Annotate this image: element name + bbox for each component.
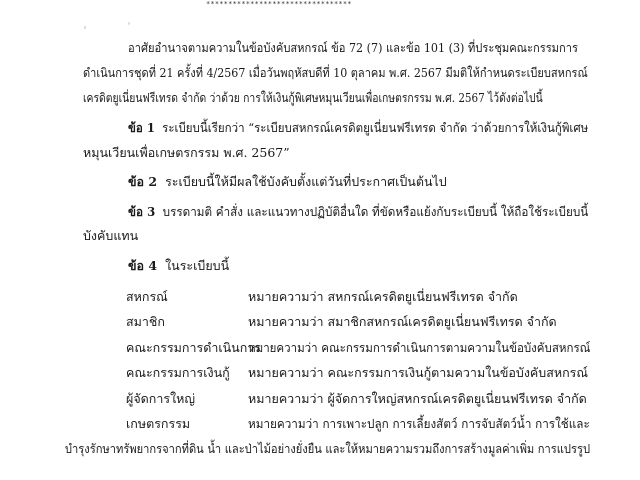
definition-term: คณะกรรมการดำเนินการ [126, 340, 261, 356]
preamble-line-2: ดำเนินการชุดที่ 21 ครั้งที่ 4/2567 เมื่อ… [83, 65, 588, 81]
definition-term: ผู้จัดการใหญ่ [126, 391, 195, 407]
clause-2: ข้อ 2 ระเบียบนี้ให้มีผลใช้บังคับตั้งแต่ว… [128, 174, 447, 190]
scan-artifact [84, 26, 86, 29]
scan-artifact [127, 22, 130, 26]
clause-text: ระเบียบนี้ให้มีผลใช้บังคับตั้งแต่วันที่ป… [165, 174, 447, 189]
clause-text: ระเบียบนี้เรียกว่า “ระเบียบสหกรณ์เครดิตย… [162, 120, 588, 135]
definition-term: สมาชิก [126, 314, 165, 330]
clause-label: ข้อ 2 [128, 174, 157, 189]
definition-meaning: หมายความว่า คณะกรรมการเงินกู้ตามความในข้… [248, 365, 588, 381]
clause-1-cont: หมุนเวียนเพื่อเกษตรกรรม พ.ศ. 2567” [83, 145, 290, 161]
clause-label: ข้อ 1 [128, 120, 155, 135]
document-page: ********************************* อาศัยอ… [0, 0, 640, 480]
continuation-line: บำรุงรักษาทรัพยากรจากที่ดิน น้ำ และป่าไม… [65, 441, 590, 457]
definition-term: คณะกรรมการเงินกู้ [126, 365, 230, 381]
definition-meaning: หมายความว่า ผู้จัดการใหญ่สหกรณ์เครดิตยูเ… [248, 391, 587, 407]
definition-meaning: หมายความว่า คณะกรรมการดำเนินการตามความใน… [248, 340, 590, 356]
definition-term: เกษตรกรรม [126, 416, 190, 432]
preamble-line-1: อาศัยอำนาจตามความในข้อบังคับสหกรณ์ ข้อ 7… [128, 40, 578, 56]
definition-term: สหกรณ์ [126, 289, 168, 305]
clause-label: ข้อ 3 [128, 204, 155, 219]
preamble-line-3: เครดิตยูเนี่ยนฟรีเทรด จำกัด ว่าด้วย การใ… [83, 90, 543, 106]
clause-label: ข้อ 4 [128, 258, 157, 273]
clause-3-cont: บังคับแทน [83, 228, 138, 244]
clause-3: ข้อ 3 บรรดามติ คำสั่ง และแนวทางปฏิบัติอื… [128, 204, 588, 220]
definition-meaning: หมายความว่า การเพาะปลูก การเลี้ยงสัตว์ ก… [248, 416, 590, 432]
header-separator: ********************************* [206, 0, 446, 10]
clause-1: ข้อ 1 ระเบียบนี้เรียกว่า “ระเบียบสหกรณ์เ… [128, 120, 588, 136]
clause-text: ในระเบียบนี้ [165, 258, 229, 273]
definition-meaning: หมายความว่า สมาชิกสหกรณ์เครดิตยูเนี่ยนฟร… [248, 314, 557, 330]
clause-text: บรรดามติ คำสั่ง และแนวทางปฏิบัติอื่นใด ท… [163, 204, 589, 219]
definition-meaning: หมายความว่า สหกรณ์เครดิตยูเนี่ยนฟรีเทรด … [248, 289, 518, 305]
clause-4: ข้อ 4 ในระเบียบนี้ [128, 258, 229, 274]
